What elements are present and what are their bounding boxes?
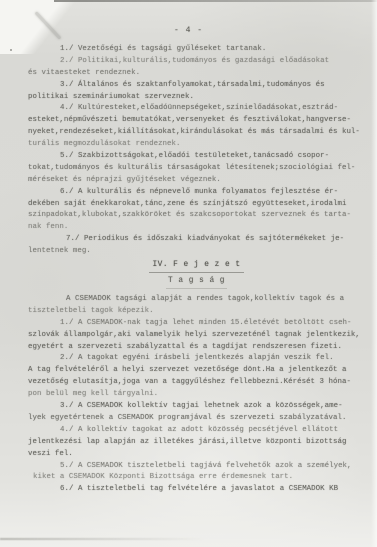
text-line: 6./ A kulturális és népnevelő munka foly… — [28, 187, 365, 199]
text-line: 1./ Vezetőségi és tagsági gyűléseket tar… — [28, 44, 365, 56]
membership-paragraphs: A CSEMADOK tagsági alapját a rendes tago… — [28, 294, 365, 496]
text-line: 5./ Szakbizottságokat,előadói testületek… — [28, 151, 365, 163]
text-line: 6./ A tiszteletbeli tag felvételére a ja… — [28, 484, 365, 496]
ink-speck — [10, 49, 12, 51]
text-line: egyetért a szervezeti szabályzattal és a… — [28, 342, 365, 354]
page-number: - 4 - — [0, 26, 377, 35]
text-line: politikai szemináriumokat szerveznek. — [28, 92, 365, 104]
text-line: turális megmozdulásokat rendeznek. — [28, 139, 365, 151]
text-line: tiszteletbeli tagok képezik. — [28, 306, 365, 318]
text-line: 4./ A kollektív tagokat az adott közössé… — [28, 425, 365, 437]
text-line: kiket a CSEMADOK Központi Bizottsága err… — [28, 472, 365, 484]
chapter-heading: IV. F e j e z e t — [149, 260, 243, 273]
text-line: lentetnek meg. — [28, 246, 365, 258]
paper-bottom-shadow — [0, 538, 204, 540]
text-line: jelentkezési lap alapján az illetékes já… — [28, 437, 365, 449]
paper-right-edge — [371, 0, 377, 547]
chapter-subheading: T a g s á g — [166, 276, 227, 289]
text-line: nak fenn. — [28, 222, 365, 234]
text-line: lyek egyetértenek a CSEMADOK programjáva… — [28, 413, 365, 425]
activities-paragraphs: 1./ Vezetőségi és tagsági gyűléseket tar… — [28, 44, 365, 258]
text-line: 2./ A tagokat egyéni írásbeli jelentkezé… — [28, 353, 365, 365]
document-body: 1./ Vezetőségi és tagsági gyűléseket tar… — [28, 44, 365, 496]
text-line: 3./ A CSEMADOK kollektív tagjai lehetnek… — [28, 401, 365, 413]
text-line: esteket,népművészeti bemutatókat,verseny… — [28, 115, 365, 127]
text-line: 3./ Általános és szaktanfolyamokat,társa… — [28, 80, 365, 92]
text-line: 4./ Kultúresteket,előadóünnepségeket,szí… — [28, 103, 365, 115]
text-line: A CSEMADOK tagsági alapját a rendes tago… — [28, 294, 365, 306]
text-line: nyeket,rendezéseket,kiállításokat,kiránd… — [28, 127, 365, 139]
scanned-document-page: { "colors": { "paper": "#dadad6", "ink":… — [0, 0, 377, 547]
text-line: vezetőség elutasítja,joga van a taggyűlé… — [28, 377, 365, 389]
text-line: színpadokat,klubokat,szakköröket és szak… — [28, 210, 365, 222]
text-line: szlovák állampolgár,aki valamelyik helyi… — [28, 330, 365, 342]
scan-edge-line — [54, 0, 377, 2]
text-line: 5./ A CSEMADOK tiszteletbeli tagjává fel… — [28, 461, 365, 473]
text-line: pon belül meg kell tárgyalni. — [28, 389, 365, 401]
text-line: veszi fel. — [28, 449, 365, 461]
text-line: 1./ A CSEMADOK-nak tagja lehet minden 15… — [28, 318, 365, 330]
text-line: 7./ Periodikus és időszaki kiadványokat … — [28, 234, 365, 246]
text-line: tokat,tudományos és kulturális társaságo… — [28, 163, 365, 175]
text-line: méréseket és néprajzi gyűjtéseket végezn… — [28, 175, 365, 187]
text-line: A tag felvételéről a helyi szervezet vez… — [28, 365, 365, 377]
text-line: 2./ Politikai,kulturális,tudományos és g… — [28, 56, 365, 68]
text-line: dekében saját énekkarokat,tánc,zene és s… — [28, 199, 365, 211]
text-line: és vitaesteket rendeznek. — [28, 68, 365, 80]
